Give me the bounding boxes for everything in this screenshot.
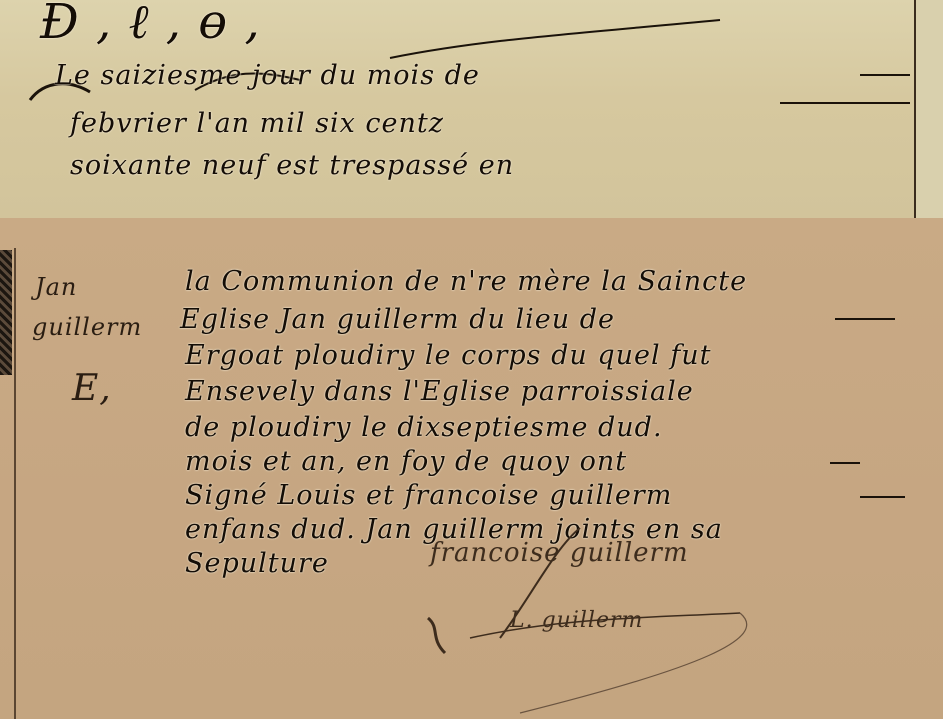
top-line-3: soixante neuf est trespassé en xyxy=(70,150,514,181)
top-line-1: Le saiziesme jour du mois de xyxy=(55,60,480,91)
signature-louis: L. guillerm xyxy=(510,608,643,633)
top-line-2: febvrier l'an mil six centz xyxy=(70,108,444,139)
line-filler-1 xyxy=(860,74,910,76)
line-filler-2 xyxy=(780,102,910,104)
signature-flourish xyxy=(0,218,943,719)
main-entry-page: Jan guillerm E, la Communion de n're mèr… xyxy=(0,218,943,719)
top-document-fragment: Ɖ , ℓ , ɵ , Le saiziesme jour du mois de… xyxy=(0,0,943,218)
page-edge xyxy=(914,0,943,218)
